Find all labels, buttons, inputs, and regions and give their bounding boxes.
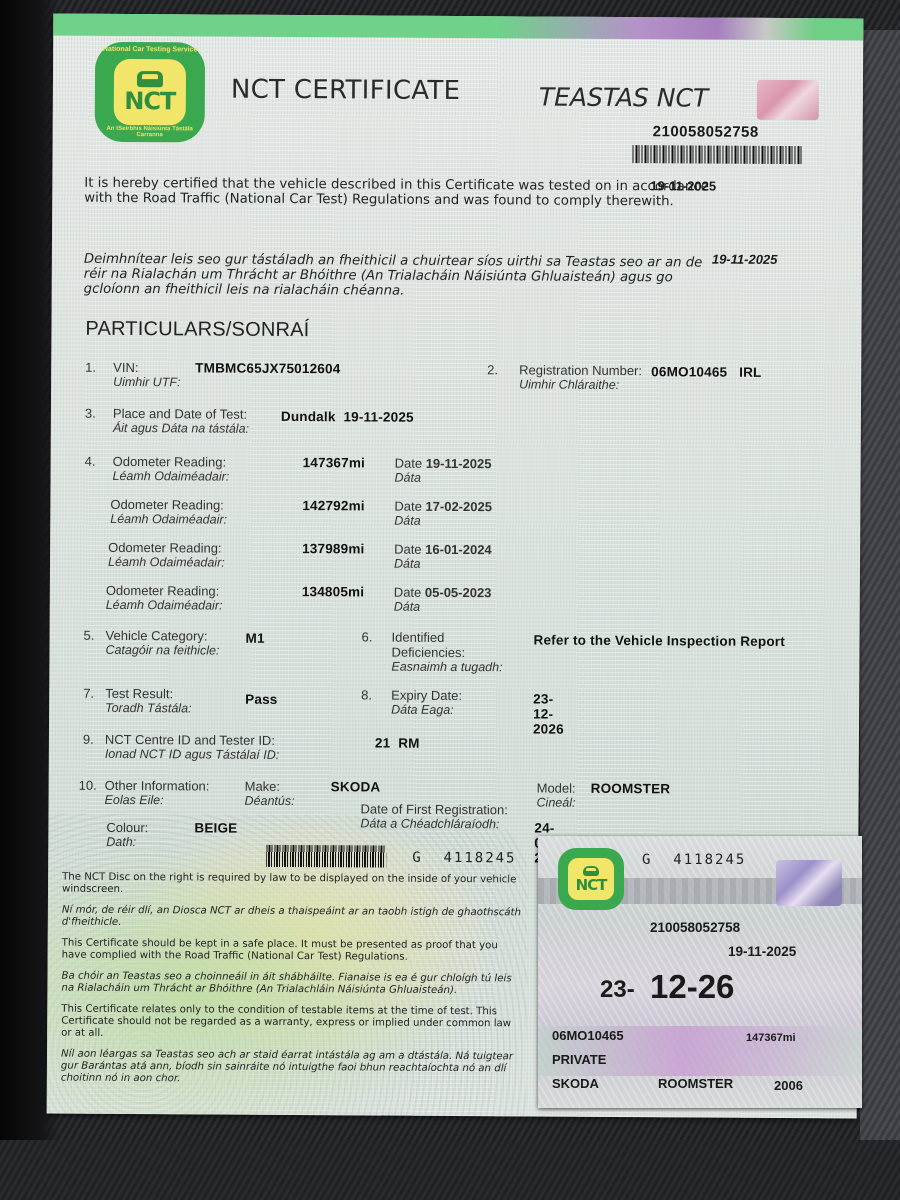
note-paragraph: Ní mór, de réir dlí, an Diosca NCT ar dh…: [62, 905, 522, 932]
odometer-value: 134805mi: [302, 584, 364, 599]
odometer-date: 05-05-2023: [425, 585, 492, 600]
colour-value: BEIGE: [194, 820, 237, 835]
odometer-label: Odometer Reading:: [110, 497, 227, 513]
date-label-ga: Dáta: [394, 471, 491, 486]
deficiencies-value: Refer to the Vehicle Inspection Report: [534, 632, 785, 649]
statement-ga: Deimhnítear leis seo gur tástáladh an fh…: [84, 252, 714, 301]
disc-expiry-day: 23-: [600, 976, 635, 1004]
certificate-top-band: [53, 14, 863, 41]
disc-odometer: 147367mi: [746, 1032, 796, 1044]
place-date-label: Place and Date of Test:: [113, 406, 249, 422]
category-value: M1: [246, 631, 265, 646]
nct-disc: NCT G 4118245 210058052758 19-11-2025 23…: [538, 836, 862, 1108]
date-label: Date: [394, 585, 422, 600]
note-paragraph: Ba chóir an Teastas seo a choinneáil in …: [61, 971, 521, 998]
car-icon: [583, 866, 599, 876]
test-result-value: Pass: [245, 692, 277, 707]
disc-certificate-number: 210058052758: [650, 920, 740, 935]
certificate-title-en: NCT CERTIFICATE: [231, 75, 461, 106]
date-label: Date: [395, 456, 423, 471]
vin-label: VIN:: [113, 360, 180, 375]
model-value: ROOMSTER: [591, 781, 671, 796]
note-paragraph: This Certificate should be kept in a saf…: [62, 938, 522, 965]
certificate-number: 210058052758: [653, 123, 759, 141]
hologram-icon: [776, 860, 842, 906]
date-label-ga: Dáta: [394, 557, 492, 572]
vin-value: TMBMC65JX75012604: [195, 360, 340, 376]
odometer-value: 147367mi: [303, 455, 365, 470]
odometer-label: Odometer Reading:: [113, 454, 230, 470]
statement-ga-date: 19-11-2025: [712, 252, 778, 267]
place-date-label-ga: Áit agus Dáta na tástála:: [113, 421, 249, 436]
odometer-value: 142792mi: [302, 498, 364, 513]
barcode-icon: [632, 145, 802, 164]
logo-ring-text-top: National Car Testing Service: [95, 46, 205, 54]
centre-value: 21 RM: [375, 736, 420, 751]
car-icon: [137, 71, 163, 87]
odometer-label-ga: Léamh Odaiméadair:: [110, 512, 227, 527]
section-title-particulars: PARTICULARS/SONRAÍ: [85, 318, 309, 342]
background-seat-lower: [0, 1140, 900, 1200]
expiry-value: 23-12-2026: [533, 691, 564, 736]
certificate-title-ga: TEASTAS NCT: [539, 83, 709, 113]
logo-mark: NCT: [124, 89, 175, 113]
registration-label-ga: Uimhir Chláraithe:: [519, 377, 642, 392]
disc-year: 2006: [774, 1078, 803, 1093]
barcode-icon: [266, 845, 386, 868]
nct-disc-logo: NCT: [558, 848, 624, 910]
place-date-value: Dundalk 19-11-2025: [281, 409, 414, 425]
hologram-icon: [757, 80, 819, 120]
registration-label: Registration Number:: [519, 362, 642, 378]
note-paragraph: The NCT Disc on the right is required by…: [62, 872, 522, 899]
date-label-ga: Dáta: [394, 514, 492, 529]
odometer-date: 16-01-2024: [425, 542, 492, 557]
date-label: Date: [394, 499, 422, 514]
vin-label-ga: Uimhir UTF:: [113, 375, 180, 389]
logo-ring-text-bottom: An tSeirbhís Náisiúnta Tástála Carranna: [95, 126, 205, 139]
disc-make: SKODA: [552, 1076, 599, 1091]
registration-value: 06MO10465 IRL: [651, 364, 761, 380]
note-paragraph: This Certificate relates only to the con…: [61, 1004, 521, 1043]
odometer-label-ga: Léamh Odaiméadair:: [108, 555, 225, 570]
disc-serial-number: G 4118245: [642, 852, 746, 868]
disc-usage: PRIVATE: [552, 1052, 606, 1067]
nct-logo: National Car Testing Service NCT An tSei…: [95, 42, 206, 143]
disc-test-date: 19-11-2025: [728, 944, 796, 959]
date-label: Date: [394, 542, 422, 557]
odometer-date: 17-02-2025: [425, 499, 492, 514]
odometer-label-ga: Léamh Odaiméadair:: [106, 598, 223, 613]
odometer-value: 137989mi: [302, 541, 364, 556]
odometer-label: Odometer Reading:: [108, 540, 225, 556]
serial-number: G 4118245: [412, 850, 516, 867]
make-value: SKODA: [331, 779, 381, 794]
note-paragraph: Níl aon léargas sa Teastas seo ach ar st…: [61, 1049, 521, 1088]
disc-model: ROOMSTER: [658, 1076, 733, 1091]
disc-registration: 06MO10465: [552, 1028, 624, 1043]
background-seat-fabric: [860, 30, 900, 1140]
odometer-label: Odometer Reading:: [106, 583, 223, 599]
disc-expiry-month-year: 12-26: [650, 968, 734, 1006]
statement-en: It is hereby certified that the vehicle …: [84, 176, 724, 210]
statement-en-date: 19-11-2025: [650, 178, 716, 193]
date-label-ga: Dáta: [394, 600, 492, 615]
odometer-label-ga: Léamh Odaiméadair:: [113, 469, 230, 484]
odometer-date: 19-11-2025: [426, 456, 492, 471]
certificate-notes: The NCT Disc on the right is required by…: [61, 872, 522, 1097]
